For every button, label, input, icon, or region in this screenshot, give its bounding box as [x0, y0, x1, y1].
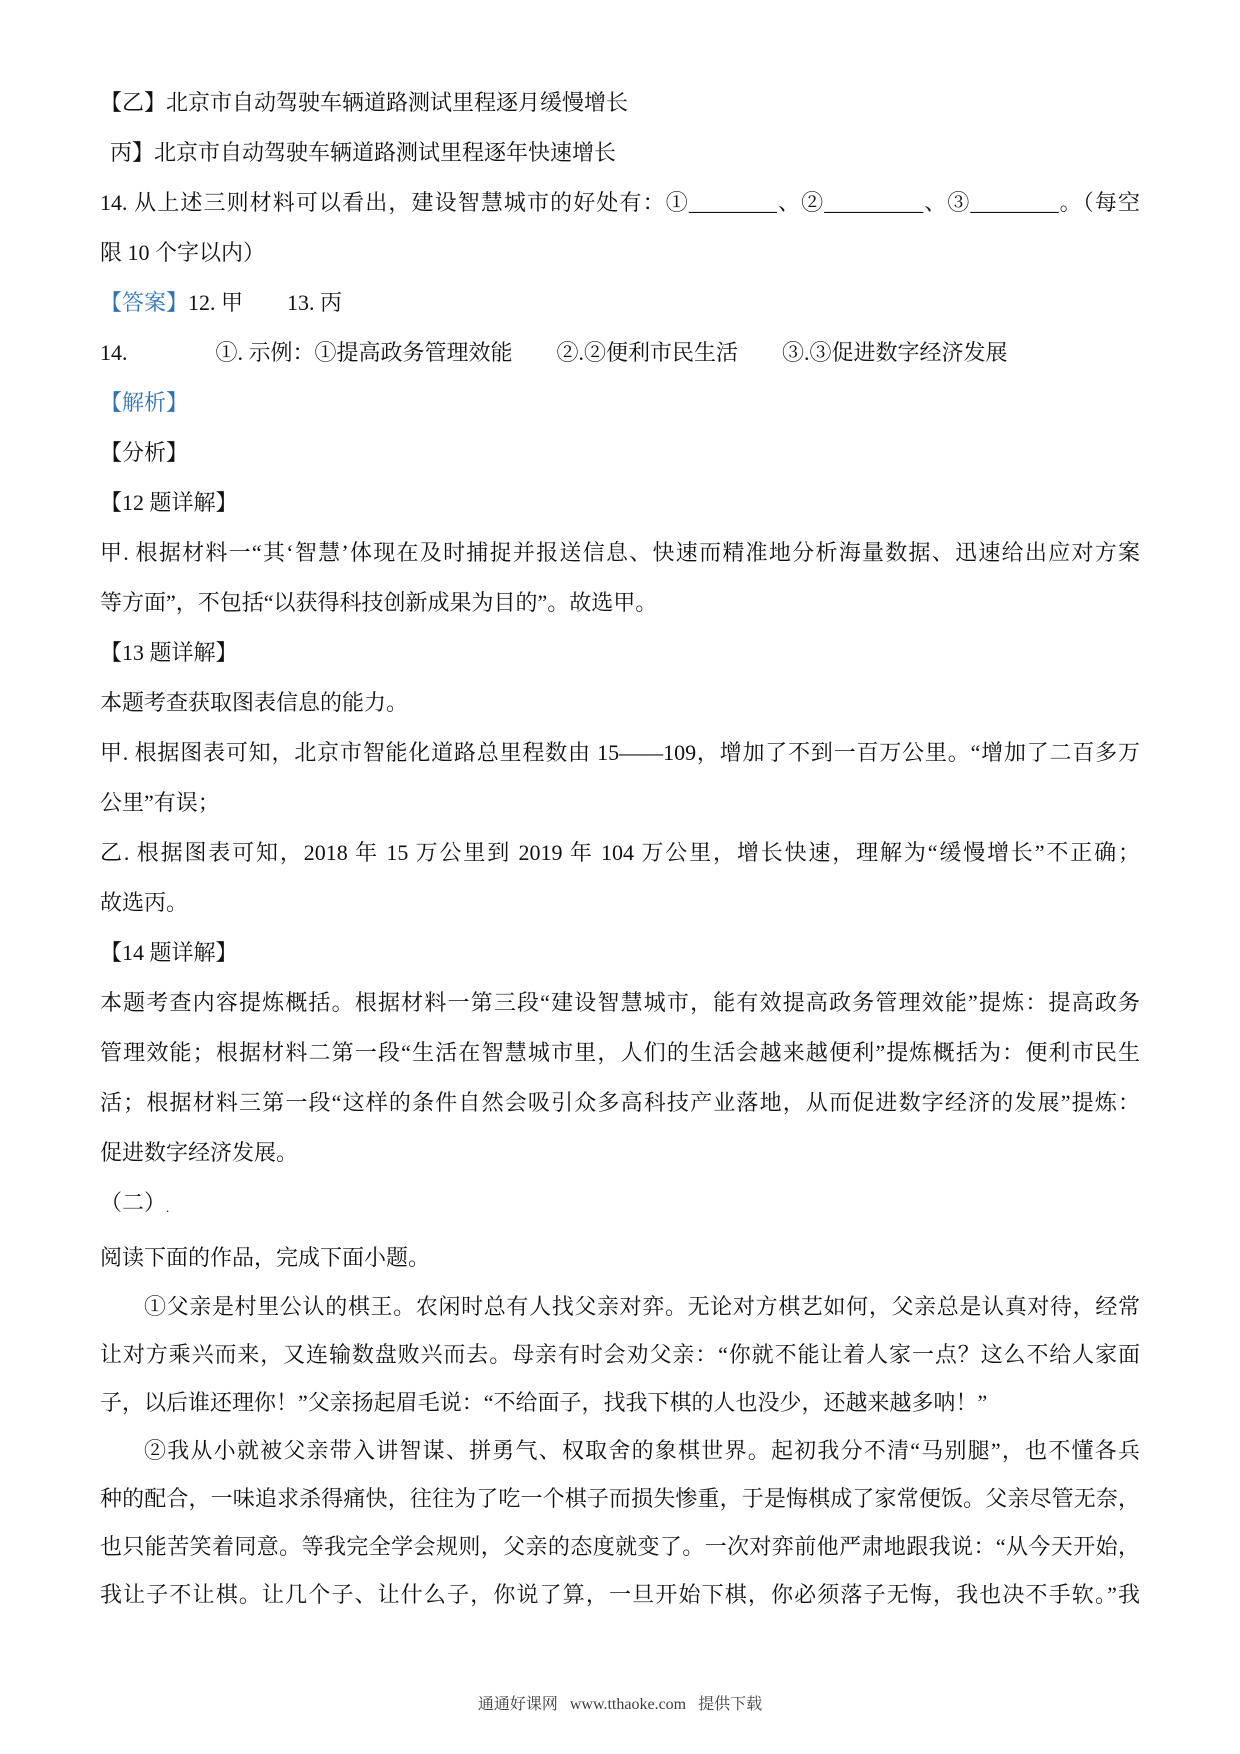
detail-13-body-1-text-0: 本题考查获取图表信息的能力。 — [100, 690, 408, 715]
story-para1-line1: ①父亲是村里公认的棋王。农闲时总有人找父亲对弈。无论对方棋艺如何，父亲总是认真对… — [100, 1283, 1140, 1331]
detail-13-body-5-text-0: 故选丙。 — [100, 890, 188, 915]
answer-line-text-0: 【答案】 — [100, 290, 188, 315]
option-yi-line: 【乙】北京市自动驾驶车辆道路测试里程逐月缓慢增长 — [100, 78, 1140, 128]
question-14-prompt-2-text-0: 限 10 个字以内） — [100, 240, 265, 265]
story-para2-line1-text-0: ②我从小就被父亲带入讲智谋、拼勇气、权取舍的象棋世界。起初我分不清“马别腿”，也… — [144, 1438, 1140, 1463]
story-para2-line4: 我让子不让棋。让几个子、让什么子，你说了算，一旦开始下棋，你必须落子无悔，我也决… — [100, 1571, 1140, 1619]
detail-14-body-4-text-0: 促进数字经济发展。 — [100, 1140, 298, 1165]
detail-14-body-3-text-0: 活；根据材料三第一段“这样的条件自然会吸引众多高科技产业落地，从而促进数字经济的… — [100, 1090, 1140, 1115]
detail-14-heading: 【14 题详解】 — [100, 928, 1140, 978]
fenxi-label-text-0: 【分析】 — [100, 440, 188, 465]
story-para2-line4-text-0: 我让子不让棋。让几个子、让什么子，你说了算，一旦开始下棋，你必须落子无悔，我也决… — [100, 1582, 1140, 1607]
question-14-prompt-1-text-0: 14. 从上述三则材料可以看出，建设智慧城市的好处有：①________、②__… — [100, 190, 1140, 215]
detail-14-body-2: 管理效能；根据材料二第一段“生活在智慧城市里，人们的生活会越来越便利”提炼概括为… — [100, 1028, 1140, 1078]
footer-download-suffix: 提供下载 — [698, 1696, 762, 1713]
answer-14-line-text-0: 14. ①. 示例：①提高政务管理效能 ②.②便利市民生活 ③.③促进数字经济发… — [100, 340, 1008, 365]
jiexi-label-text-0: 【解析】 — [100, 390, 188, 415]
detail-14-body-2-text-0: 管理效能；根据材料二第一段“生活在智慧城市里，人们的生活会越来越便利”提炼概括为… — [100, 1040, 1140, 1065]
footer-url: www.tthaoke.com — [570, 1696, 686, 1713]
detail-14-heading-text-0: 【14 题详解】 — [100, 940, 238, 965]
detail-12-heading: 【12 题详解】 — [100, 478, 1140, 528]
story-para2-line2: 种的配合，一味追求杀得痛快，往往为了吃一个棋子而损失惨重，于是悔棋成了家常便饭。… — [100, 1475, 1140, 1523]
detail-13-body-3: 公里”有误； — [100, 778, 1140, 828]
story-para2-line1: ②我从小就被父亲带入讲智谋、拼勇气、权取舍的象棋世界。起初我分不清“马别腿”，也… — [100, 1427, 1140, 1475]
detail-13-body-5: 故选丙。 — [100, 878, 1140, 928]
story-para2-line3: 也只能苦笑着同意。等我完全学会规则，父亲的态度就变了。一次对弈前他严肃地跟我说：… — [100, 1523, 1140, 1571]
detail-14-body-1-text-0: 本题考查内容提炼概括。根据材料一第三段“建设智慧城市，能有效提高政务管理效能”提… — [100, 990, 1140, 1015]
option-yi-line-text-0: 【乙】北京市自动驾驶车辆道路测试里程逐月缓慢增长 — [100, 90, 628, 115]
detail-13-body-2-text-0: 甲. 根据图表可知，北京市智能化道路总里程数由 15——109，增加了不到一百万… — [100, 740, 1140, 765]
question-14-prompt-2: 限 10 个字以内） — [100, 228, 1140, 278]
option-bing-line-text-0: 丙】北京市自动驾驶车辆道路测试里程逐年快速增长 — [110, 140, 616, 165]
detail-13-body-2: 甲. 根据图表可知，北京市智能化道路总里程数由 15——109，增加了不到一百万… — [100, 728, 1140, 778]
story-para1-line3-text-0: 子，以后谁还理你！”父亲扬起眉毛说：“不给面子，找我下棋的人也没少，还越来越多呐… — [100, 1390, 987, 1415]
option-bing-line: 丙】北京市自动驾驶车辆道路测试里程逐年快速增长 — [100, 128, 1140, 178]
jiexi-label: 【解析】 — [100, 378, 1140, 428]
answer-line-text-1: 12. 甲 13. 丙 — [188, 290, 342, 315]
question-14-prompt-1: 14. 从上述三则材料可以看出，建设智慧城市的好处有：①________、②__… — [100, 178, 1140, 228]
section-two-heading-text-0: （二） — [100, 1190, 166, 1215]
story-para2-line3-text-0: 也只能苦笑着同意。等我完全学会规则，父亲的态度就变了。一次对弈前他严肃地跟我说：… — [100, 1534, 1140, 1559]
detail-14-body-1: 本题考查内容提炼概括。根据材料一第三段“建设智慧城市，能有效提高政务管理效能”提… — [100, 978, 1140, 1028]
detail-13-body-4: 乙. 根据图表可知，2018 年 15 万公里到 2019 年 104 万公里，… — [100, 828, 1140, 878]
detail-13-body-3-text-0: 公里”有误； — [100, 790, 220, 815]
story-para1-line2: 让对方乘兴而来，又连输数盘败兴而去。母亲有时会劝父亲：“你就不能让着人家一点？这… — [100, 1331, 1140, 1379]
section-two-heading-text-1: . — [166, 1200, 169, 1215]
document-page: { "colors": { "accent_blue": "#2E74B5", … — [0, 0, 1240, 1754]
story-para1-line3: 子，以后谁还理你！”父亲扬起眉毛说：“不给面子，找我下棋的人也没少，还越来越多呐… — [100, 1379, 1140, 1427]
story-para2-line2-text-0: 种的配合，一味追求杀得痛快，往往为了吃一个棋子而损失惨重，于是悔棋成了家常便饭。… — [100, 1486, 1140, 1511]
reading-intro-line-text-0: 阅读下面的作品，完成下面小题。 — [100, 1245, 430, 1270]
answer-line: 【答案】12. 甲 13. 丙 — [100, 278, 1140, 328]
detail-12-body-2-text-0: 等方面”，不包括“以获得科技创新成果为目的”。故选甲。 — [100, 590, 657, 615]
detail-13-heading: 【13 题详解】 — [100, 628, 1140, 678]
story-para1-line1-text-0: ①父亲是村里公认的棋王。农闲时总有人找父亲对弈。无论对方棋艺如何，父亲总是认真对… — [144, 1294, 1140, 1319]
detail-12-body-1: 甲. 根据材料一“其‘智慧’体现在及时捕捉并报送信息、快速而精准地分析海量数据、… — [100, 528, 1140, 578]
detail-13-body-4-text-0: 乙. 根据图表可知，2018 年 15 万公里到 2019 年 104 万公里，… — [100, 840, 1140, 865]
page-footer: 通通好课网www.tthaoke.com提供下载 — [0, 1692, 1240, 1718]
answer-14-line: 14. ①. 示例：①提高政务管理效能 ②.②便利市民生活 ③.③促进数字经济发… — [100, 328, 1140, 378]
footer-site-name: 通通好课网 — [478, 1696, 558, 1713]
document-body: 【乙】北京市自动驾驶车辆道路测试里程逐月缓慢增长丙】北京市自动驾驶车辆道路测试里… — [100, 78, 1140, 1619]
detail-12-heading-text-0: 【12 题详解】 — [100, 490, 238, 515]
detail-12-body-2: 等方面”，不包括“以获得科技创新成果为目的”。故选甲。 — [100, 578, 1140, 628]
detail-13-heading-text-0: 【13 题详解】 — [100, 640, 238, 665]
detail-14-body-4: 促进数字经济发展。 — [100, 1128, 1140, 1178]
detail-13-body-1: 本题考查获取图表信息的能力。 — [100, 678, 1140, 728]
detail-12-body-1-text-0: 甲. 根据材料一“其‘智慧’体现在及时捕捉并报送信息、快速而精准地分析海量数据、… — [100, 540, 1140, 565]
story-para1-line2-text-0: 让对方乘兴而来，又连输数盘败兴而去。母亲有时会劝父亲：“你就不能让着人家一点？这… — [100, 1342, 1140, 1367]
fenxi-label: 【分析】 — [100, 428, 1140, 478]
detail-14-body-3: 活；根据材料三第一段“这样的条件自然会吸引众多高科技产业落地，从而促进数字经济的… — [100, 1078, 1140, 1128]
reading-intro-line: 阅读下面的作品，完成下面小题。 — [100, 1233, 1140, 1283]
section-two-heading: （二）. — [100, 1178, 1140, 1233]
